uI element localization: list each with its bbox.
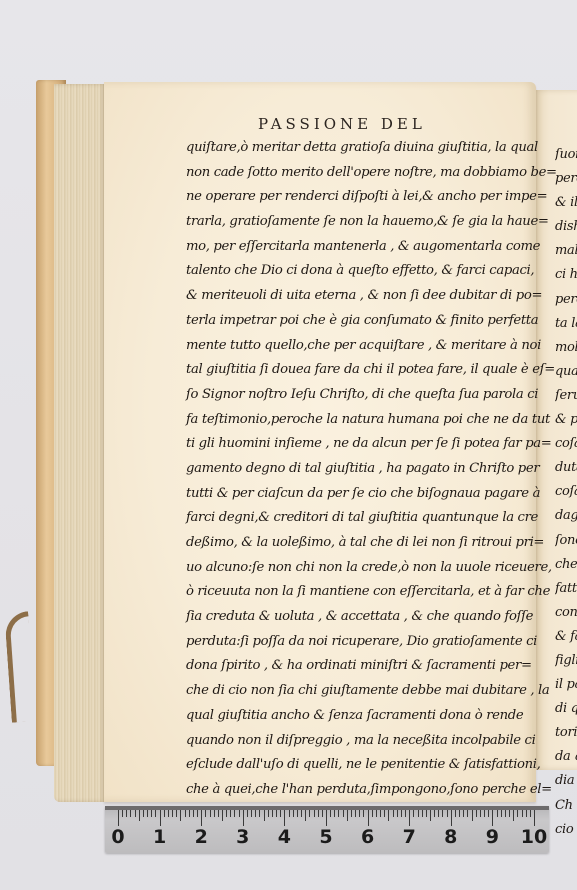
ruler-tick [230,810,231,817]
ruler-tick [284,810,285,826]
ruler-tick [343,810,344,817]
text-line: che à quei,che l'han perduta,ſimpongono,… [186,778,506,803]
ruler-tick [197,810,198,817]
ruler-tick [434,810,435,817]
ruler-tick [239,810,240,817]
ruler-tick [492,810,493,826]
ruler-tick [405,810,406,817]
text-line: gamento degno di tal giuſtitia , ha paga… [186,457,506,482]
ruler-tick [384,810,385,817]
ruler-label: 0 [111,826,124,848]
ruler-tick [126,810,127,817]
text-fragment: molt [555,336,577,360]
ruler-tick [501,810,502,817]
ruler-tick [255,810,256,817]
ruler-tick [135,810,136,817]
text-line: terla impetrar poi che è gia conſumato &… [186,309,506,334]
measurement-ruler: 012345678910 [105,806,549,853]
text-fragment: figli [555,649,577,673]
ruler-tick [338,810,339,817]
ruler-label: 10 [521,826,547,848]
ruler-label: 5 [319,826,332,848]
text-fragment: & p [555,408,577,432]
ruler-tick [397,810,398,817]
ruler-tick [401,810,402,817]
text-fragment: quan [555,360,577,384]
ruler-tick [130,810,131,817]
text-fragment: perd [555,167,577,191]
right-page-text: ſuoiperd& ildishomal ſci haiperdta lamol… [555,143,577,842]
ruler-tick [301,810,302,817]
ruler-tick [176,810,177,817]
ruler-tick [289,810,290,817]
ruler-tick [293,810,294,817]
ruler-tick [160,810,161,826]
ruler-tick [451,810,452,826]
ruler-label: 1 [153,826,166,848]
ruler-tick [409,810,410,826]
text-fragment: ſeru [555,384,577,408]
ruler-tick [164,810,165,817]
ruler-tick [447,810,448,817]
ruler-tick [264,810,265,821]
ruler-tick [438,810,439,817]
text-line: ſia creduta & uoluta , & accettata , & c… [186,605,506,630]
text-fragment: che i [555,553,577,577]
ruler-tick [530,810,531,817]
ruler-tick [480,810,481,817]
ruler-tick [276,810,277,817]
text-fragment: duta [555,456,577,480]
ruler-tick [505,810,506,817]
ruler-tick [210,810,211,817]
text-fragment: cio [555,818,577,842]
ruler-tick [193,810,194,817]
ruler-tick [322,810,323,817]
ruler-tick [393,810,394,817]
ruler-tick [463,810,464,817]
ruler-tick [151,810,152,817]
ruler-tick [509,810,510,817]
ruler-label: 2 [195,826,208,848]
text-fragment: coſa [555,480,577,504]
ruler-tick [413,810,414,817]
ruler-tick [185,810,186,817]
ruler-tick [251,810,252,817]
ruler-tick [351,810,352,817]
ruler-tick [226,810,227,817]
ruler-tick [243,810,244,826]
ruler-label: 7 [403,826,416,848]
text-line: dona ſpirito , & ha ordinati miniſtri & … [186,654,506,679]
ruler-tick [442,810,443,817]
text-line: fa teſtimonio,peroche la natura humana p… [186,408,506,433]
text-line: ti gli huomini inſieme , ne da alcun per… [186,432,506,457]
ruler-tick [380,810,381,817]
ruler-tick [476,810,477,817]
ruler-tick [488,810,489,817]
ruler-tick [497,810,498,817]
ruler-tick [155,810,156,817]
ruler-tick [355,810,356,817]
ruler-tick [472,810,473,821]
text-line: tutti & per ciaſcun da per ſe cio che bi… [186,482,506,507]
text-line: tal giuſtitia ſi douea fare da chi il po… [186,358,506,383]
text-fragment: coſa, [555,432,577,456]
ruler-tick [513,810,514,821]
text-fragment: ſuoi [555,143,577,167]
ruler-tick [368,810,369,826]
ruler-tick [234,810,235,817]
ruler-tick [522,810,523,817]
text-fragment: da q [555,745,577,769]
text-fragment: mal ſ [555,239,577,263]
text-fragment: dia [555,769,577,793]
text-fragment: con l [555,601,577,625]
ruler-tick [418,810,419,817]
ruler-tick [534,810,535,826]
text-fragment: ta la [555,312,577,336]
ruler-tick [309,810,310,817]
ruler-tick [218,810,219,817]
text-line: uo alcuno:ſe non chi non la crede,ò non … [186,556,506,581]
text-fragment: ſono [555,529,577,553]
text-fragment: fatto [555,577,577,601]
ruler-tick [180,810,181,821]
ruler-tick [118,810,119,826]
ruler-tick [259,810,260,817]
ruler-tick [388,810,389,821]
ruler-tick [459,810,460,817]
ruler-tick [268,810,269,817]
ruler-tick [526,810,527,817]
ruler-tick [318,810,319,817]
ruler-tick [247,810,248,817]
ruler-tick [314,810,315,817]
ruler-tick [280,810,281,817]
text-line: ſo Signor noſtro Ieſu Chriſto, di che qu… [186,383,506,408]
text-line: mente tutto quello,che per acquiſtare , … [186,334,506,359]
ruler-tick [147,810,148,817]
text-line: & meriteuoli di uita eterna , & non ſi d… [186,284,506,309]
running-head: PASSIONE DEL [258,115,426,133]
text-fragment: tori [555,721,577,745]
left-page-text: quiſtare,ò meritar detta gratioſa diuina… [186,136,506,852]
ruler-tick [143,810,144,817]
ruler-tick [168,810,169,817]
ruler-tick [347,810,348,821]
text-fragment: disho [555,215,577,239]
text-line: perduta:ſi poſſa da noi ricuperare, Dio … [186,630,506,655]
ruler-tick [330,810,331,817]
ruler-tick [376,810,377,817]
text-line: eſclude dall'uſo di quelli, ne le penite… [186,753,506,778]
ruler-tick [272,810,273,817]
ruler-tick [205,810,206,817]
text-line: quando non il diſpreggio , ma la neceßit… [186,729,506,754]
ruler-tick [363,810,364,817]
text-line: che di cio non ſia chi giuſtamente debbe… [186,679,506,704]
ruler-tick [139,810,140,821]
text-fragment: il pa [555,673,577,697]
ruler-tick [484,810,485,817]
ruler-tick [467,810,468,817]
ruler-tick [455,810,456,817]
ruler-tick [297,810,298,817]
ruler-tick [189,810,190,817]
text-fragment: & fa [555,625,577,649]
text-line: non cade ſotto merito dell'opere noſtre,… [186,161,506,186]
ruler-label: 9 [486,826,499,848]
text-fragment: & il [555,191,577,215]
ruler-tick [172,810,173,817]
ruler-tick [201,810,202,826]
ruler-label: 3 [236,826,249,848]
ruler-tick [326,810,327,826]
text-fragment: Ch [555,794,577,818]
text-line: farci degni,& creditori di tal giuſtitia… [186,506,506,531]
ruler-tick [372,810,373,817]
ruler-label: 6 [361,826,374,848]
ruler-tick [422,810,423,817]
ruler-tick [426,810,427,817]
bookmark-ribbon [4,611,36,722]
text-line: trarla, gratioſamente ſe non la hauemo,&… [186,210,506,235]
text-fragment: perd [555,288,577,312]
ruler-label: 8 [444,826,457,848]
text-line: ne operare per renderci diſpoſti à lei,&… [186,185,506,210]
page-block-edges [54,84,106,802]
text-line: deßimo, & la uoleßimo, à tal che di lei … [186,531,506,556]
ruler-tick [517,810,518,817]
text-line: talento che Dio ci dona à queſto effetto… [186,259,506,284]
ruler-label: 4 [278,826,291,848]
text-fragment: ci hai [555,263,577,287]
ruler-tick [305,810,306,821]
text-line: quiſtare,ò meritar detta gratioſa diuina… [186,136,506,161]
ruler-tick [334,810,335,817]
text-fragment: di qu [555,697,577,721]
ruler-tick [430,810,431,821]
book-photo-scene: PASSIONE DEL quiſtare,ò meritar detta gr… [0,0,577,890]
ruler-tick [359,810,360,817]
text-line: ò riceuuta non la ſi mantiene con eſſerc… [186,580,506,605]
text-line: qual giuſtitia ancho & ſenza ſacramenti … [186,704,506,729]
text-fragment: dagr [555,504,577,528]
ruler-tick [122,810,123,817]
ruler-tick [222,810,223,821]
text-line: mo, per eſſercitarla mantenerla , & augo… [186,235,506,260]
ruler-tick [214,810,215,817]
